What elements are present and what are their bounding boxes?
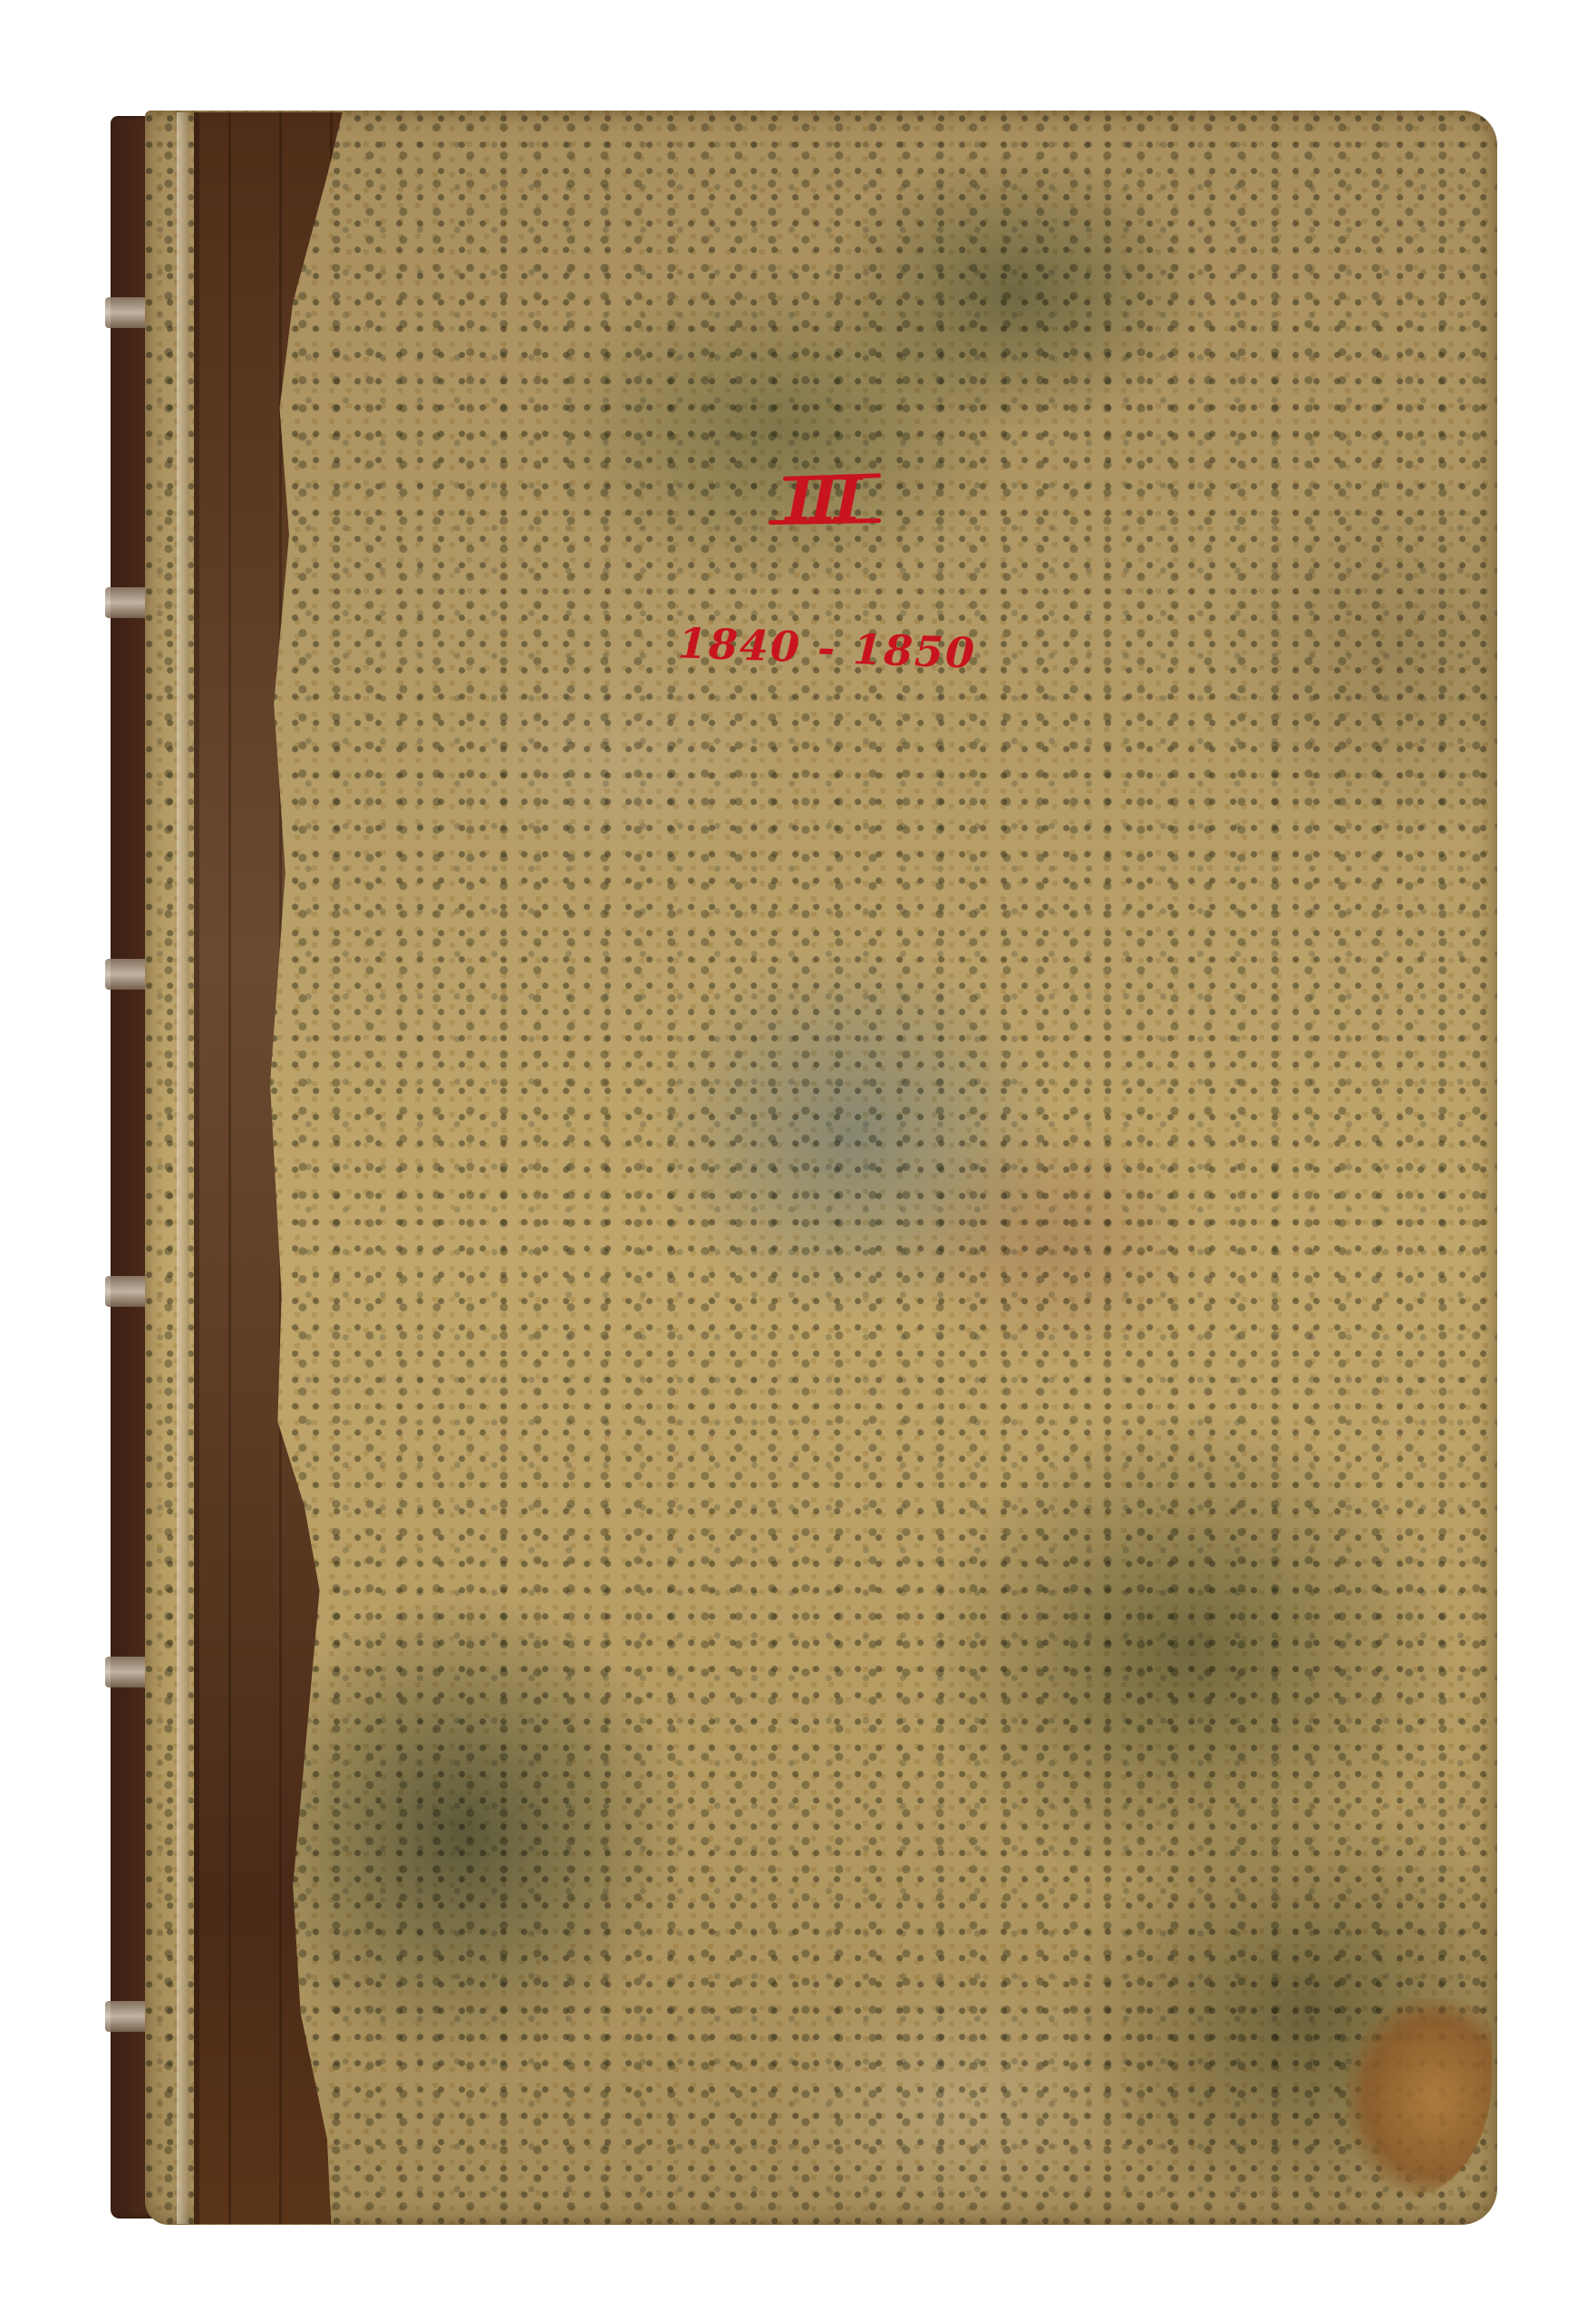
volume-number-label: III	[763, 467, 881, 532]
board-edge	[177, 112, 189, 2224]
book-photo: III 1840 - 1850	[0, 0, 1596, 2320]
date-range-label: 1840 - 1850	[677, 606, 1024, 691]
marbled-texture	[145, 111, 1497, 2225]
marbled-cover-board	[145, 111, 1497, 2225]
